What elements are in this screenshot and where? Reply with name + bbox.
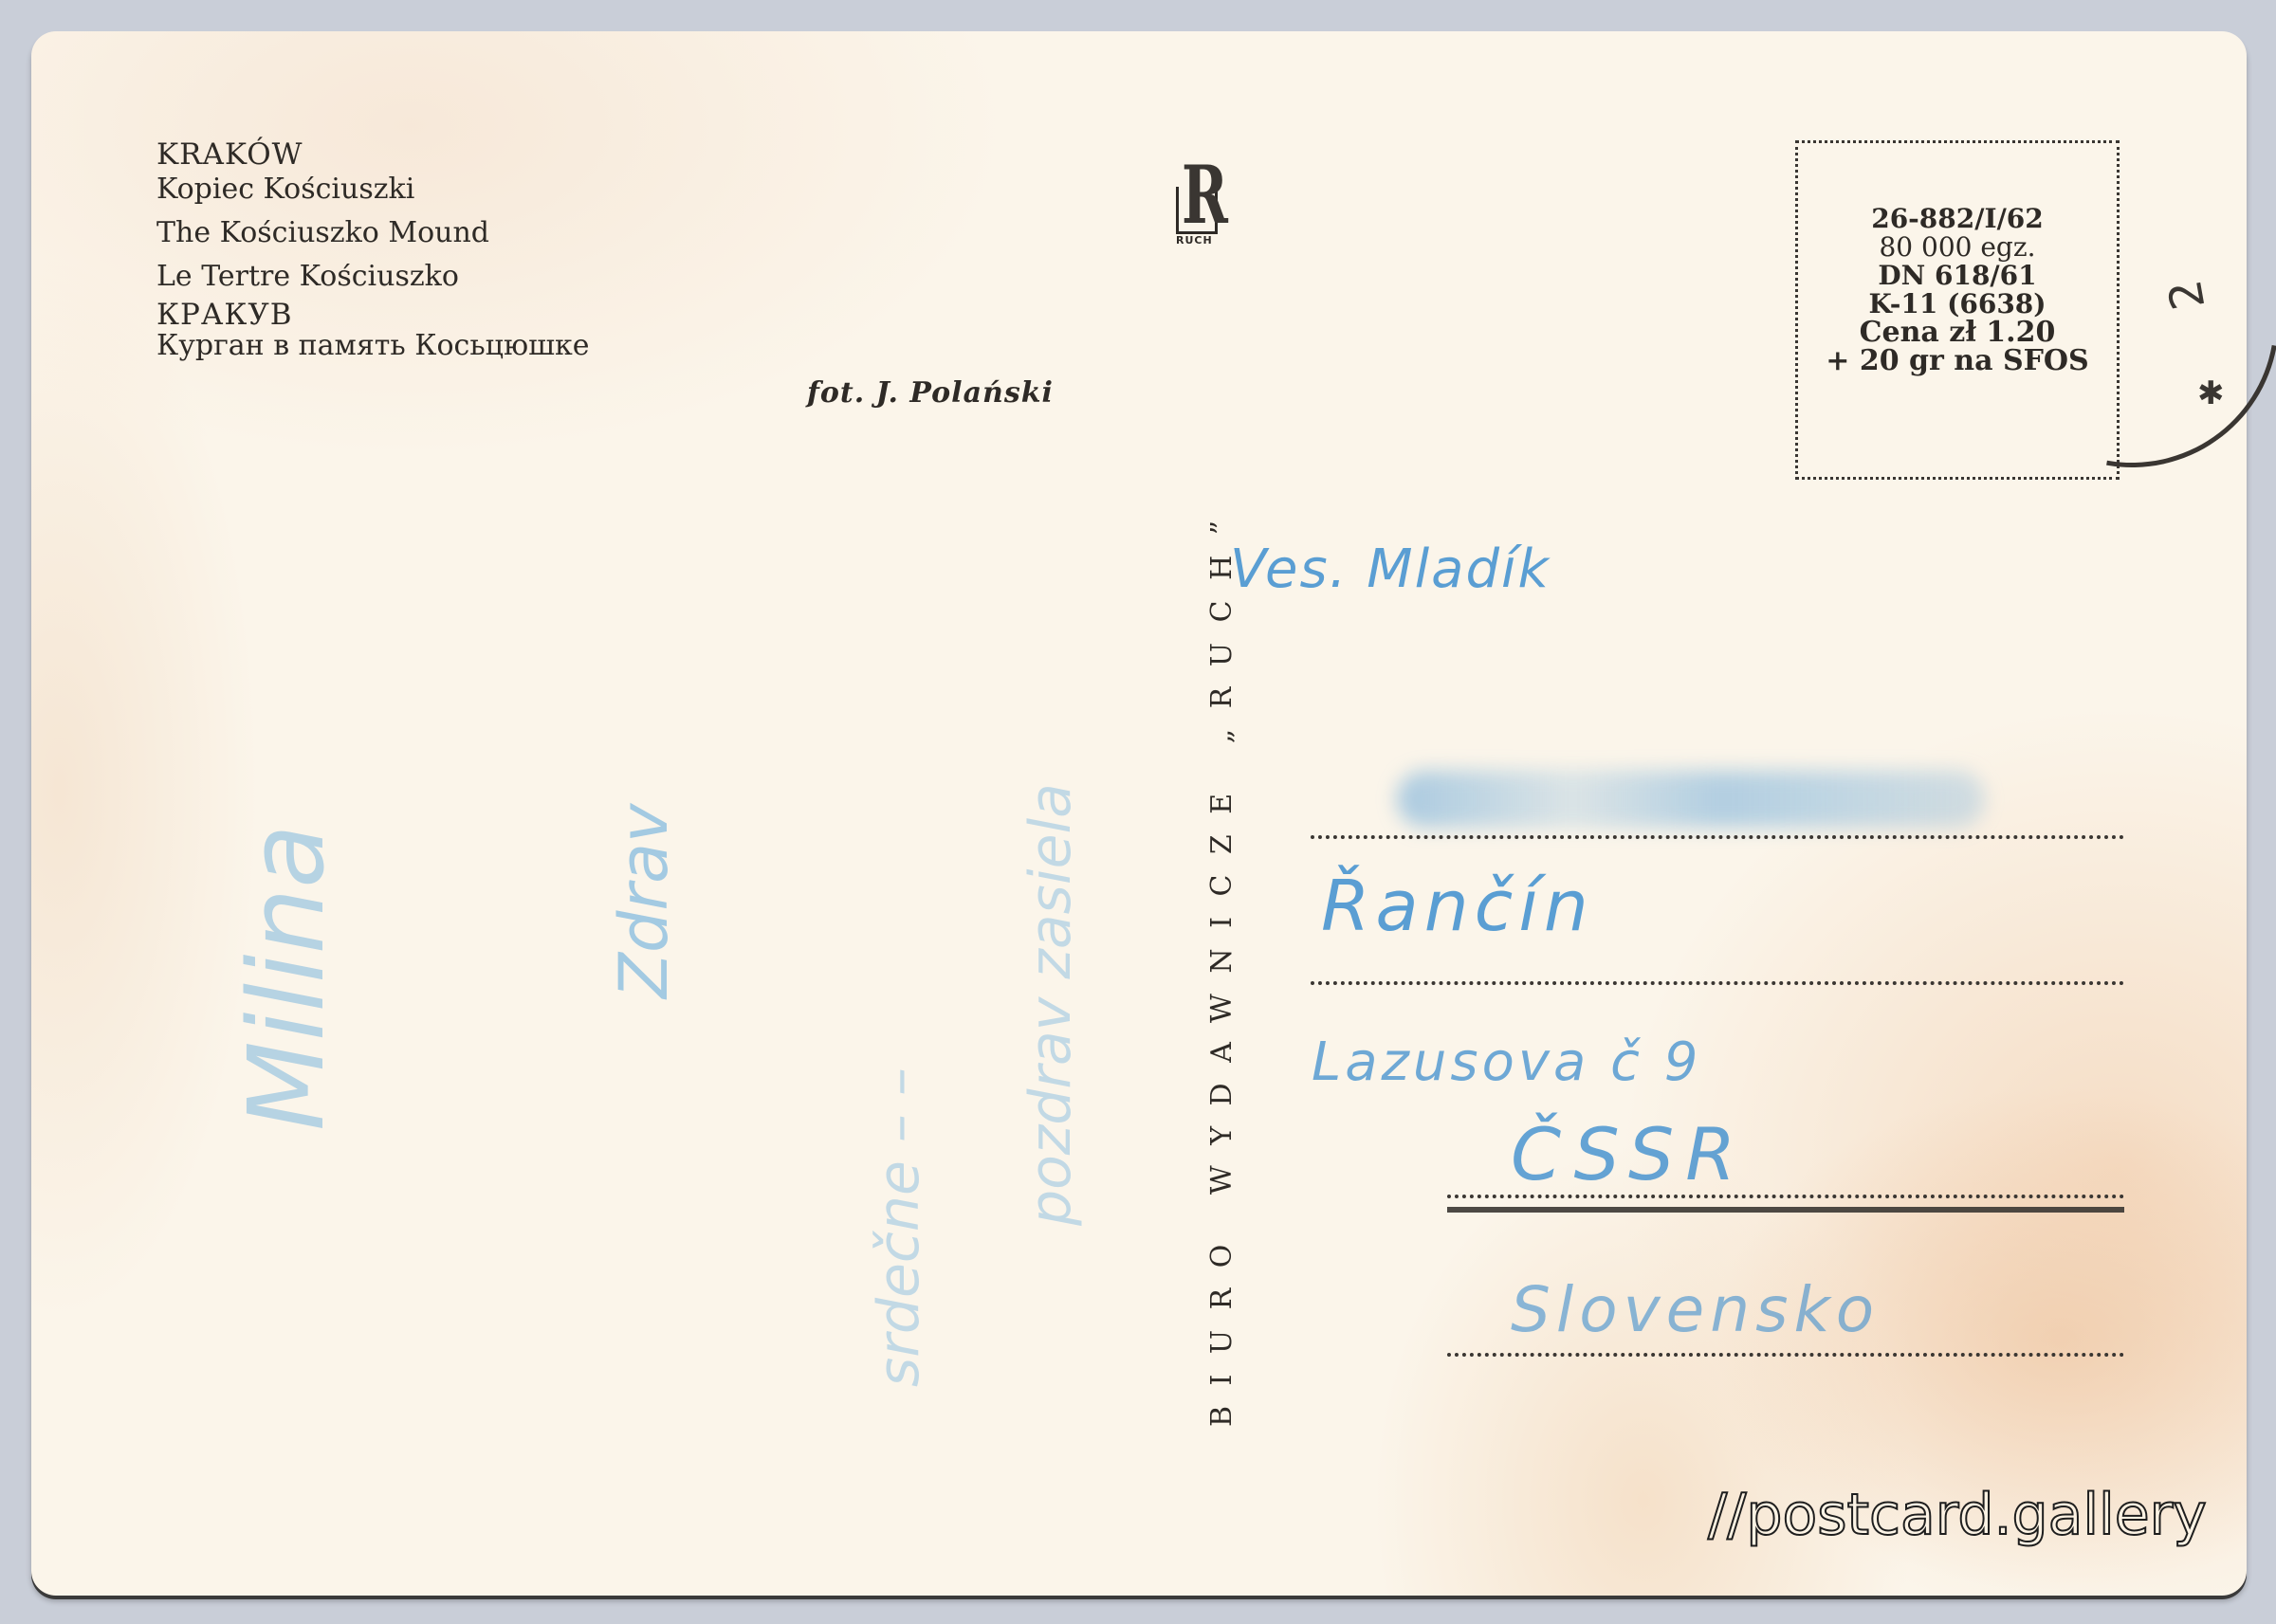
address-line-country: ČSSR bbox=[1511, 1112, 1747, 1196]
address-dotted-line bbox=[1447, 1353, 2124, 1357]
faint-message-line: Milina bbox=[226, 824, 347, 1131]
address-line-street: Lazusova č 9 bbox=[1312, 1031, 1701, 1093]
caption-line-pl: Kopiec Kościuszki bbox=[156, 175, 589, 204]
address-line-region: Slovensko bbox=[1511, 1273, 1880, 1346]
address-line-town: Řančín bbox=[1321, 866, 1594, 947]
address-line-name: Ves. Mladík bbox=[1230, 538, 1551, 600]
faint-message-line: pozdrav zasiela bbox=[1018, 783, 1084, 1226]
caption-line-ru: Курган в память Косьцюшке bbox=[156, 332, 589, 360]
caption-line-en: The Kościuszko Mound bbox=[156, 219, 589, 247]
caption-city-ru: КРАКУВ bbox=[156, 301, 589, 330]
photo-credit: fot. J. Polański bbox=[807, 376, 1054, 410]
address-line-redacted bbox=[1397, 771, 1985, 828]
address-solid-line bbox=[1447, 1207, 2124, 1213]
watermark: //postcard.gallery bbox=[1708, 1482, 2207, 1548]
postcard-back: KRAKÓW Kopiec Kościuszki The Kościuszko … bbox=[31, 31, 2247, 1596]
address-dotted-line bbox=[1311, 835, 2124, 839]
address-dotted-line bbox=[1311, 981, 2124, 985]
publisher-logo-label: RUCH bbox=[1176, 234, 1213, 246]
faint-message-line: Zdrav bbox=[605, 804, 683, 999]
postmark-star-icon: ✱ bbox=[2197, 374, 2225, 412]
address-dotted-line bbox=[1447, 1195, 2124, 1198]
caption-block: KRAKÓW Kopiec Kościuszki The Kościuszko … bbox=[156, 140, 589, 313]
ruch-r-logo-icon: R RUCH bbox=[1176, 153, 1223, 247]
caption-city-pl: KRAKÓW bbox=[156, 140, 589, 170]
publisher-vertical-text: BIURO WYDAWNICZE „RUCH” bbox=[1205, 500, 1239, 1427]
faint-message-line: srdečne – – bbox=[866, 1067, 932, 1387]
caption-line-fr: Le Tertre Kościuszko bbox=[156, 263, 589, 291]
